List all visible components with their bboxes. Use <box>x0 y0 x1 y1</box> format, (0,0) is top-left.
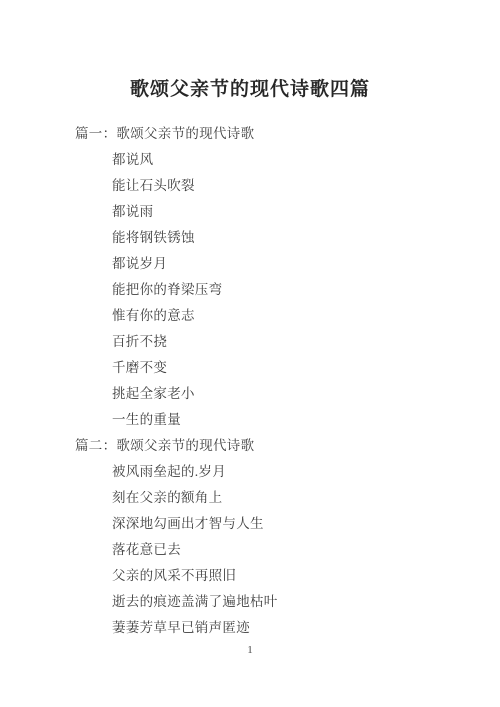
poem-line: 都说风 <box>0 147 500 173</box>
poem-line: 刻在父亲的额角上 <box>0 485 500 511</box>
document-title: 歌颂父亲节的现代诗歌四篇 <box>0 74 500 101</box>
section-heading-text: 歌颂父亲节的现代诗歌 <box>116 126 254 141</box>
poem-line: 父亲的风采不再照旧 <box>0 563 500 589</box>
poem-line: 千磨不变 <box>0 355 500 381</box>
poem-line: 逝去的痕迹盖满了遍地枯叶 <box>0 589 500 615</box>
document-body: 篇一：歌颂父亲节的现代诗歌都说风能让石头吹裂都说雨能将钢铁锈蚀都说岁月能把你的脊… <box>0 121 500 641</box>
section-heading-text: 歌颂父亲节的现代诗歌 <box>116 438 254 453</box>
poem-line: 能把你的脊梁压弯 <box>0 277 500 303</box>
section-heading: 篇二：歌颂父亲节的现代诗歌 <box>0 433 500 459</box>
poem-line: 惟有你的意志 <box>0 303 500 329</box>
poem-line: 被风雨垒起的.岁月 <box>0 459 500 485</box>
poem-line: 萋萋芳草早已销声匿迹 <box>0 615 500 641</box>
poem-line: 都说雨 <box>0 199 500 225</box>
poem-line: 深深地勾画出才智与人生 <box>0 511 500 537</box>
page-number: 1 <box>0 642 500 658</box>
poem-line: 落花意已去 <box>0 537 500 563</box>
poem-line: 百折不挠 <box>0 329 500 355</box>
poem-line: 挑起全家老小 <box>0 381 500 407</box>
poem-line: 能将钢铁锈蚀 <box>0 225 500 251</box>
section-label: 篇一： <box>75 126 116 141</box>
section-label: 篇二： <box>75 438 116 453</box>
poem-line: 都说岁月 <box>0 251 500 277</box>
section-heading: 篇一：歌颂父亲节的现代诗歌 <box>0 121 500 147</box>
document-page: 歌颂父亲节的现代诗歌四篇 篇一：歌颂父亲节的现代诗歌都说风能让石头吹裂都说雨能将… <box>0 0 500 707</box>
poem-line: 一生的重量 <box>0 407 500 433</box>
poem-line: 能让石头吹裂 <box>0 173 500 199</box>
